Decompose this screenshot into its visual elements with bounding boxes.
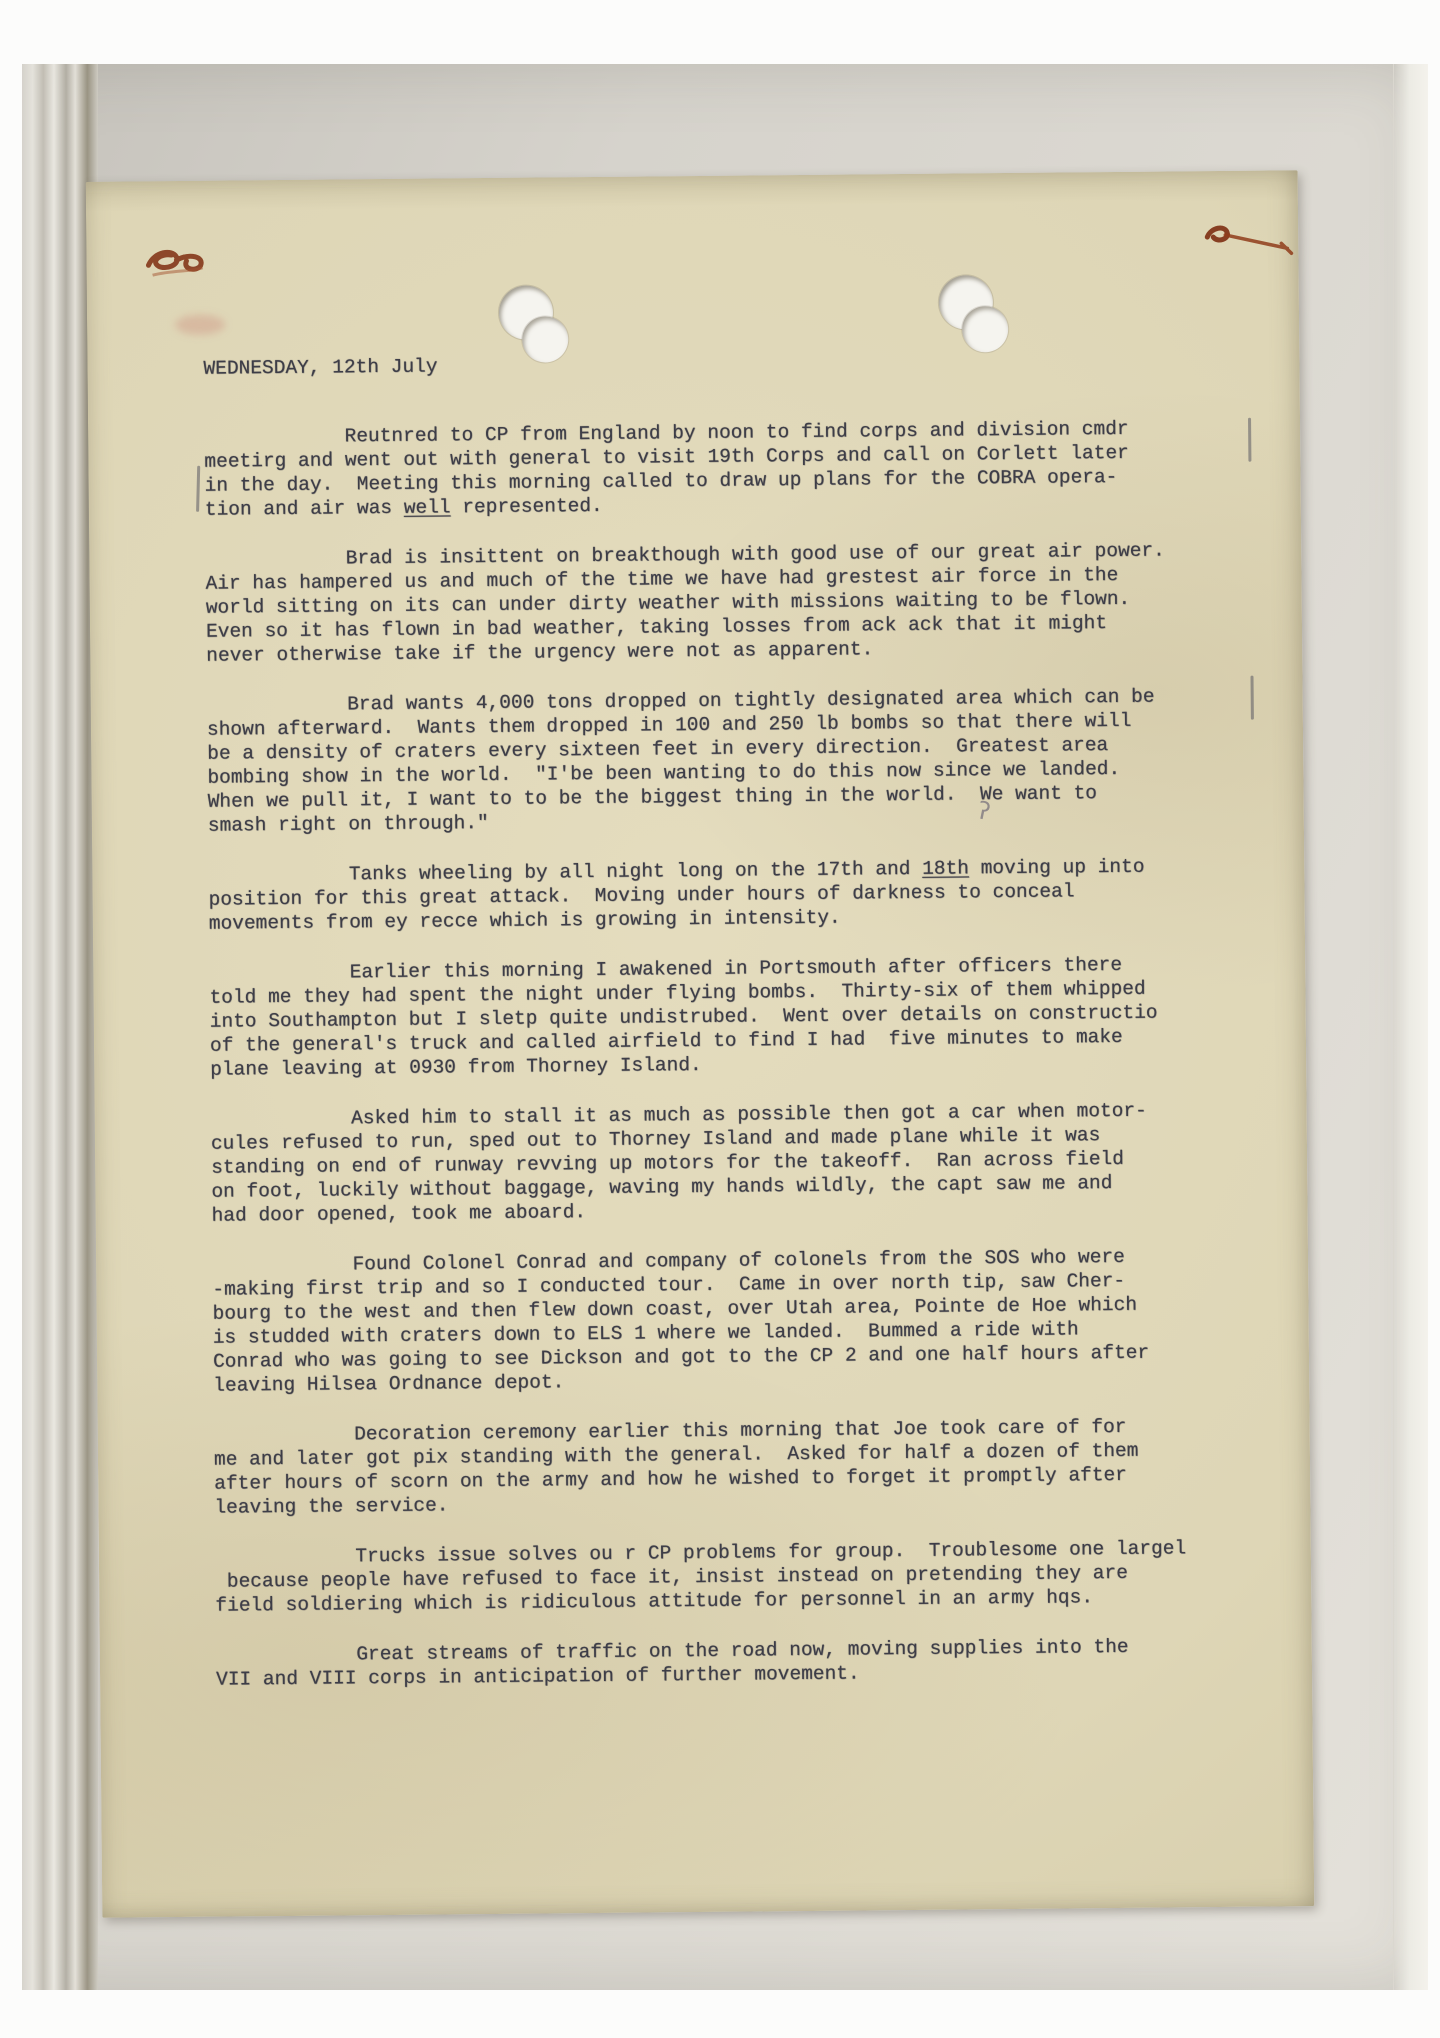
pink-smudge xyxy=(175,315,225,335)
rust-stain-top-left xyxy=(140,242,246,293)
punch-hole-right xyxy=(939,275,1020,360)
paragraphs: Reutnred to CP from England by noon to f… xyxy=(204,416,1236,1692)
paragraph: Reutnred to CP from England by noon to f… xyxy=(204,416,1225,522)
paragraph: Trucks issue solves ou r CP problems for… xyxy=(215,1536,1236,1618)
paragraph: Great streams of traffic on the road now… xyxy=(216,1634,1236,1692)
typewritten-text: WEDNESDAY, 12th July Reutnred to CP from… xyxy=(203,347,1236,1718)
punch-hole xyxy=(962,306,1008,352)
underlying-page-edge xyxy=(1393,64,1428,1990)
margin-mark-right-1 xyxy=(1248,418,1251,462)
paragraph: Asked him to stall it as much as possibl… xyxy=(211,1098,1232,1228)
paragraph: Earlier this morning I awakened in Ports… xyxy=(209,952,1230,1082)
margin-mark-right-2 xyxy=(1250,676,1253,720)
scanned-photo: ʔ WEDNESDAY, 12th July Reutnred to CP fr… xyxy=(22,64,1428,1990)
margin-mark-left xyxy=(196,466,200,512)
paragraph: Tanks wheeling by all night long on the … xyxy=(208,854,1229,936)
date-heading: WEDNESDAY, 12th July xyxy=(203,347,1223,381)
paragraph: Decoration ceremony earlier this morning… xyxy=(214,1414,1235,1520)
rust-stain-top-right xyxy=(1201,218,1296,261)
paragraph: Found Colonel Conrad and company of colo… xyxy=(212,1244,1233,1398)
diary-page: ʔ WEDNESDAY, 12th July Reutnred to CP fr… xyxy=(86,170,1315,1918)
paragraph: Brad wants 4,000 tons dropped on tightly… xyxy=(207,684,1228,838)
paragraph: Brad is insittent on breakthough with go… xyxy=(205,538,1226,668)
scan-view: { "document": { "heading": "WEDNESDAY, 1… xyxy=(0,0,1440,2038)
